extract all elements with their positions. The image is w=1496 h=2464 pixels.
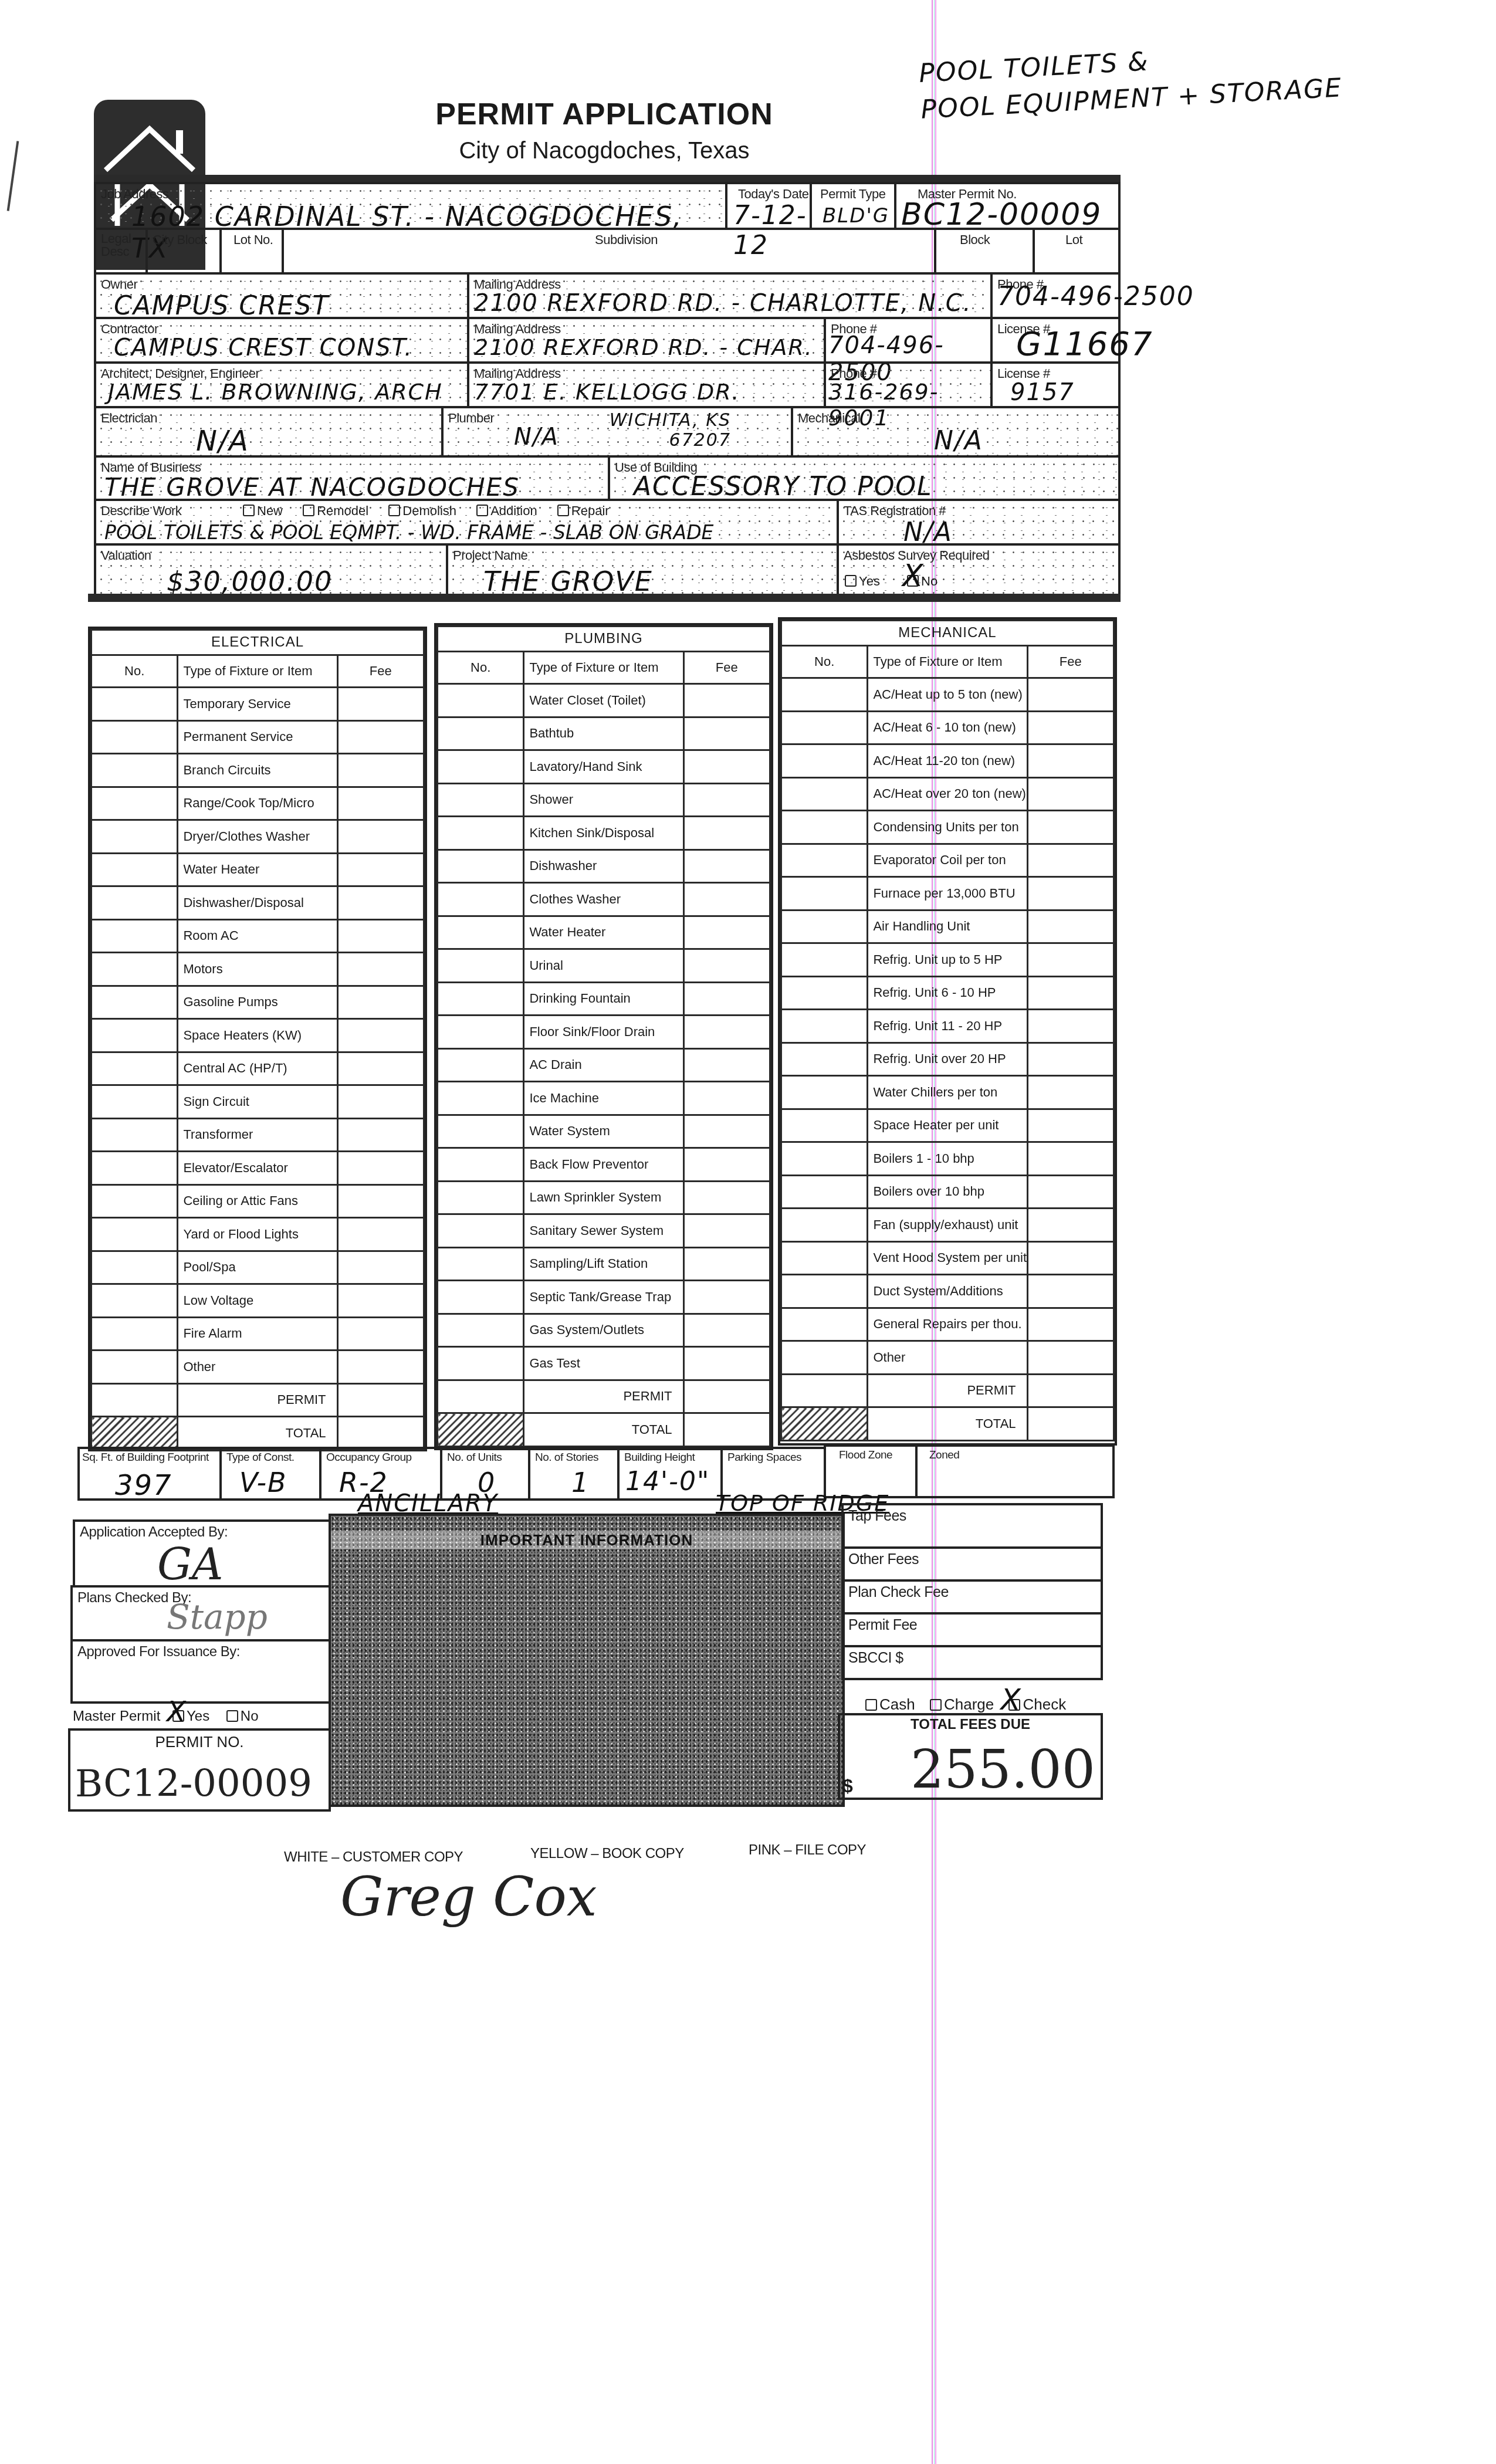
item-label: Permanent Service bbox=[178, 720, 337, 754]
work-option-demolish[interactable]: Demolish bbox=[388, 503, 456, 518]
fee-cell[interactable] bbox=[337, 1118, 424, 1152]
table-row: Dishwasher bbox=[438, 849, 770, 883]
checkbox-addition[interactable] bbox=[476, 505, 488, 516]
fee-cell[interactable] bbox=[337, 754, 424, 787]
checkbox-remodel[interactable] bbox=[303, 505, 314, 516]
no-cell[interactable] bbox=[438, 1281, 524, 1314]
fee-cell[interactable] bbox=[337, 1317, 424, 1351]
pay-cash-option[interactable]: Cash bbox=[865, 1695, 915, 1713]
total-fee-cell[interactable] bbox=[683, 1413, 770, 1447]
tap-fees-field[interactable]: Tap Fees bbox=[841, 1503, 1103, 1549]
checkbox-master-no[interactable] bbox=[226, 1710, 238, 1722]
col-fee-header: Fee bbox=[337, 655, 424, 688]
work-option-new[interactable]: New bbox=[243, 503, 283, 518]
fee-cell[interactable] bbox=[337, 986, 424, 1019]
fee-cell[interactable] bbox=[337, 1085, 424, 1119]
fee-cell[interactable] bbox=[683, 1082, 770, 1115]
table-row: AC/Heat up to 5 ton (new) bbox=[781, 678, 1114, 712]
no-cell[interactable] bbox=[781, 1043, 868, 1076]
item-label: Water Heater bbox=[524, 916, 683, 949]
fee-cell[interactable] bbox=[1027, 1275, 1113, 1308]
item-label: Sign Circuit bbox=[178, 1085, 337, 1119]
no-cell[interactable] bbox=[92, 720, 178, 754]
checkbox-asbestos-yes[interactable] bbox=[845, 575, 857, 587]
fee-cell[interactable] bbox=[1027, 910, 1113, 943]
architect-phone-field[interactable]: Phone # 316-269-9001 bbox=[824, 361, 993, 408]
application-accepted-field[interactable]: Application Accepted By: GA bbox=[73, 1519, 331, 1588]
building-height-field[interactable]: Building Height 14'-0" bbox=[617, 1447, 723, 1501]
contractor-field[interactable]: Contractor CAMPUS CREST CONST. bbox=[94, 317, 469, 364]
no-cell[interactable] bbox=[92, 919, 178, 953]
work-option-repair[interactable]: Repair bbox=[557, 503, 610, 518]
no-cell[interactable] bbox=[92, 1052, 178, 1085]
table-row: Other bbox=[92, 1351, 424, 1384]
fee-cell[interactable] bbox=[1027, 1142, 1113, 1176]
approved-issuance-field[interactable]: Approved For Issuance By: bbox=[70, 1639, 331, 1704]
fee-cell[interactable] bbox=[683, 849, 770, 883]
no-cell[interactable] bbox=[781, 744, 868, 778]
yellow-copy-label: YELLOW – BOOK COPY bbox=[530, 1846, 684, 1862]
no-cell[interactable] bbox=[92, 1317, 178, 1351]
table-row: Kitchen Sink/Disposal bbox=[438, 817, 770, 850]
no-cell[interactable] bbox=[438, 1148, 524, 1182]
fee-cell[interactable] bbox=[1027, 1010, 1113, 1043]
table-row: Evaporator Coil per ton bbox=[781, 844, 1114, 877]
valuation-field[interactable]: Valuation $30,000.00 bbox=[94, 543, 448, 597]
table-row: Pool/Spa bbox=[92, 1251, 424, 1284]
fee-cell[interactable] bbox=[1027, 1175, 1113, 1209]
table-row: Room AC bbox=[92, 919, 424, 953]
table-row: Branch Circuits bbox=[92, 754, 424, 787]
contractor-mailing-field[interactable]: Mailing Address 2100 REXFORD RD. - CHAR. bbox=[467, 317, 826, 364]
business-name-field[interactable]: Name of Business THE GROVE AT NACOGDOCHE… bbox=[94, 455, 610, 501]
architect-mailing-field[interactable]: Mailing Address 7701 E. KELLOGG DR. bbox=[467, 361, 826, 408]
architect-field[interactable]: Architect, Designer, Engineer JAMES L. B… bbox=[94, 361, 469, 408]
no-cell[interactable] bbox=[781, 877, 868, 911]
check-mark-x: X bbox=[902, 559, 925, 594]
no-cell[interactable] bbox=[92, 1251, 178, 1284]
fee-cell[interactable] bbox=[683, 1115, 770, 1148]
table-row: Boilers over 10 bhp bbox=[781, 1175, 1114, 1209]
fee-cell[interactable] bbox=[337, 688, 424, 721]
total-fee-cell[interactable] bbox=[337, 1417, 424, 1450]
table-row: Permanent Service bbox=[92, 720, 424, 754]
table-row: Refrig. Unit over 20 HP bbox=[781, 1043, 1114, 1076]
checkbox-cash[interactable] bbox=[865, 1699, 877, 1711]
fee-cell[interactable] bbox=[1027, 1341, 1113, 1375]
zoned-field[interactable]: Zoned bbox=[915, 1444, 1115, 1498]
asbestos-yes-option[interactable]: Yes bbox=[845, 574, 880, 588]
item-label: Dryer/Clothes Washer bbox=[178, 820, 337, 854]
plans-checked-field[interactable]: Plans Checked By: Stapp bbox=[70, 1585, 331, 1641]
item-label: Water System bbox=[524, 1115, 683, 1148]
no-cell[interactable] bbox=[92, 1284, 178, 1318]
col-fee-header: Fee bbox=[683, 652, 770, 684]
no-cell[interactable] bbox=[92, 1085, 178, 1119]
no-cell[interactable] bbox=[438, 949, 524, 983]
page-subtitle: City of Nacogdoches, Texas bbox=[364, 138, 845, 164]
fee-cell[interactable] bbox=[337, 720, 424, 754]
table-row: Motors bbox=[92, 953, 424, 986]
fee-cell[interactable] bbox=[1027, 1308, 1113, 1341]
item-label: Refrig. Unit up to 5 HP bbox=[868, 943, 1027, 977]
fee-cell[interactable] bbox=[337, 1351, 424, 1384]
no-cell[interactable] bbox=[438, 717, 524, 750]
table-row: Transformer bbox=[92, 1118, 424, 1152]
fee-cell[interactable] bbox=[683, 916, 770, 949]
table-row: Water Heater bbox=[438, 916, 770, 949]
no-cell[interactable] bbox=[438, 1115, 524, 1148]
work-options: New Remodel Demolish Addition Repair bbox=[243, 503, 610, 519]
item-label: Dishwasher/Disposal bbox=[178, 886, 337, 920]
owner-field[interactable]: Owner CAMPUS CREST bbox=[94, 272, 469, 319]
no-cell[interactable] bbox=[438, 1347, 524, 1380]
permit-number-field[interactable]: PERMIT NO. BC12-00009 bbox=[68, 1728, 331, 1812]
item-label: Bathtub bbox=[524, 717, 683, 750]
table-row: AC/Heat 6 - 10 ton (new) bbox=[781, 711, 1114, 744]
item-label: Space Heater per unit bbox=[868, 1109, 1027, 1142]
no-cell[interactable] bbox=[781, 1175, 868, 1209]
fee-cell[interactable] bbox=[683, 949, 770, 983]
lot-field[interactable]: Lot bbox=[1033, 228, 1121, 275]
city-block-field[interactable]: City Block bbox=[145, 228, 222, 275]
table-row: Back Flow Preventor bbox=[438, 1148, 770, 1182]
no-cell[interactable] bbox=[92, 953, 178, 986]
table-row: Lawn Sprinkler System bbox=[438, 1181, 770, 1214]
master-permit-no-option[interactable]: No bbox=[226, 1708, 259, 1724]
no-cell[interactable] bbox=[92, 688, 178, 721]
fee-cell[interactable] bbox=[683, 1281, 770, 1314]
table-row: Refrig. Unit up to 5 HP bbox=[781, 943, 1114, 977]
no-cell[interactable] bbox=[438, 883, 524, 916]
no-cell[interactable] bbox=[781, 711, 868, 744]
legal-desc-field[interactable]: Legal Desc bbox=[94, 228, 148, 275]
pay-charge-option[interactable]: Charge bbox=[930, 1695, 994, 1713]
no-cell[interactable] bbox=[781, 910, 868, 943]
item-label: Space Heaters (KW) bbox=[178, 1019, 337, 1052]
plan-check-fee-field[interactable]: Plan Check Fee bbox=[841, 1579, 1103, 1615]
fee-cell[interactable] bbox=[683, 783, 770, 817]
describe-work-field[interactable]: Describe Work New Remodel Demolish Addit… bbox=[94, 499, 839, 546]
no-cell[interactable] bbox=[781, 844, 868, 877]
item-label: Septic Tank/Grease Trap bbox=[524, 1281, 683, 1314]
col-no-header: No. bbox=[781, 646, 868, 678]
no-cell[interactable] bbox=[92, 1118, 178, 1152]
sbcci-fee-field[interactable]: SBCCI $ bbox=[841, 1645, 1103, 1680]
no-cell[interactable] bbox=[781, 1308, 868, 1341]
no-cell[interactable] bbox=[438, 1314, 524, 1347]
no-cell[interactable] bbox=[92, 1152, 178, 1185]
table-row: Ice Machine bbox=[438, 1082, 770, 1115]
col-type-header: Type of Fixture or Item bbox=[178, 655, 337, 688]
pay-check-option[interactable]: Check X bbox=[1008, 1695, 1066, 1713]
tas-registration-field[interactable]: TAS Registration # N/A bbox=[837, 499, 1121, 546]
fee-cell[interactable] bbox=[1027, 744, 1113, 778]
section-bar bbox=[88, 594, 1121, 602]
no-cell[interactable] bbox=[781, 1241, 868, 1275]
table-row: Yard or Flood Lights bbox=[92, 1218, 424, 1251]
item-label: Range/Cook Top/Micro bbox=[178, 787, 337, 820]
fee-cell[interactable] bbox=[337, 953, 424, 986]
stories-field[interactable]: No. of Stories 1 bbox=[528, 1447, 620, 1501]
table-header-row: No.Type of Fixture or ItemFee bbox=[92, 655, 424, 688]
sqft-field[interactable]: Sq. Ft. of Building Footprint 397 bbox=[77, 1447, 222, 1501]
table-row: Gasoline Pumps bbox=[92, 986, 424, 1019]
fee-cell[interactable] bbox=[683, 1314, 770, 1347]
table-row: Water Closet (Toilet) bbox=[438, 684, 770, 717]
asbestos-no-option[interactable]: No X bbox=[907, 574, 937, 588]
fee-cell[interactable] bbox=[1027, 844, 1113, 877]
table-row: Clothes Washer bbox=[438, 883, 770, 916]
fee-cell[interactable] bbox=[683, 684, 770, 717]
fee-cell[interactable] bbox=[683, 1247, 770, 1281]
table-row: Fire Alarm bbox=[92, 1317, 424, 1351]
fee-cell[interactable] bbox=[683, 717, 770, 750]
plumbing-section-title: PLUMBING bbox=[438, 627, 770, 652]
no-cell[interactable] bbox=[781, 1076, 868, 1109]
work-option-remodel[interactable]: Remodel bbox=[303, 503, 368, 518]
no-cell[interactable] bbox=[438, 1247, 524, 1281]
no-cell[interactable] bbox=[781, 1275, 868, 1308]
no-cell[interactable] bbox=[92, 1184, 178, 1218]
fee-cell[interactable] bbox=[1027, 943, 1113, 977]
block-field[interactable]: Block bbox=[934, 228, 1035, 275]
no-cell[interactable] bbox=[438, 916, 524, 949]
table-row: Urinal bbox=[438, 949, 770, 983]
permit-row: PERMIT bbox=[92, 1383, 424, 1417]
subdivision-field[interactable]: Subdivision bbox=[282, 228, 936, 275]
no-cell[interactable] bbox=[781, 1374, 868, 1407]
table-row: Sign Circuit bbox=[92, 1085, 424, 1119]
no-cell[interactable] bbox=[781, 777, 868, 811]
work-option-addition[interactable]: Addition bbox=[476, 503, 537, 518]
no-cell[interactable] bbox=[92, 1383, 178, 1417]
no-cell[interactable] bbox=[438, 783, 524, 817]
mechanical-section-title: MECHANICAL bbox=[781, 621, 1114, 646]
item-label: AC/Heat 11-20 ton (new) bbox=[868, 744, 1027, 778]
master-permit-yes-option[interactable]: Yes X bbox=[172, 1708, 214, 1724]
no-cell[interactable] bbox=[438, 684, 524, 717]
no-cell[interactable] bbox=[92, 787, 178, 820]
no-cell[interactable] bbox=[438, 817, 524, 850]
no-cell[interactable] bbox=[438, 1380, 524, 1413]
checkbox-repair[interactable] bbox=[557, 505, 569, 516]
checkbox-charge[interactable] bbox=[930, 1699, 942, 1711]
fee-cell[interactable] bbox=[683, 1016, 770, 1049]
total-fee-cell[interactable] bbox=[1027, 1407, 1113, 1441]
item-label: AC/Heat over 20 ton (new) bbox=[868, 777, 1027, 811]
col-type-header: Type of Fixture or Item bbox=[868, 646, 1027, 678]
contractor-phone-field[interactable]: Phone # 704-496-2500 bbox=[824, 317, 993, 364]
hatched-cell bbox=[438, 1413, 524, 1447]
permit-type-field[interactable]: Permit Type BLD'G bbox=[810, 182, 896, 230]
fee-cell[interactable] bbox=[337, 1184, 424, 1218]
no-cell[interactable] bbox=[781, 1142, 868, 1176]
margin-mark bbox=[7, 141, 19, 211]
fee-cell[interactable] bbox=[683, 883, 770, 916]
table-row: Sampling/Lift Station bbox=[438, 1247, 770, 1281]
no-cell[interactable] bbox=[781, 1010, 868, 1043]
table-row: Refrig. Unit 11 - 20 HP bbox=[781, 1010, 1114, 1043]
table-row: Water Heater bbox=[92, 853, 424, 886]
electrician-field[interactable]: Electrician N/A bbox=[94, 406, 444, 458]
table-row: Bathtub bbox=[438, 717, 770, 750]
mechanical-field[interactable]: Mechanical N/A bbox=[791, 406, 1121, 458]
table-header-row: No.Type of Fixture or ItemFee bbox=[438, 652, 770, 684]
no-cell[interactable] bbox=[781, 1341, 868, 1375]
checkbox-demolish[interactable] bbox=[388, 505, 400, 516]
no-cell[interactable] bbox=[781, 1209, 868, 1242]
item-label: Elevator/Escalator bbox=[178, 1152, 337, 1185]
fee-cell[interactable] bbox=[337, 1251, 424, 1284]
total-row: TOTAL bbox=[438, 1413, 770, 1447]
fee-cell[interactable] bbox=[683, 1214, 770, 1248]
no-cell[interactable] bbox=[781, 1109, 868, 1142]
fee-cell[interactable] bbox=[683, 1048, 770, 1082]
owner-mailing-field[interactable]: Mailing Address 2100 REXFORD RD. - CHARL… bbox=[467, 272, 993, 319]
no-cell[interactable] bbox=[438, 1181, 524, 1214]
item-label: Shower bbox=[524, 783, 683, 817]
item-label: Boilers over 10 bhp bbox=[868, 1175, 1027, 1209]
use-of-building-field[interactable]: Use of Building ACCESSORY TO POOL bbox=[608, 455, 1121, 501]
total-fees-due-field[interactable]: TOTAL FEES DUE $ 255.00 bbox=[838, 1713, 1103, 1800]
fee-cell[interactable] bbox=[337, 853, 424, 886]
permit-fee-cell[interactable] bbox=[337, 1383, 424, 1417]
fee-cell[interactable] bbox=[1027, 777, 1113, 811]
project-name-field[interactable]: Project Name THE GROVE bbox=[446, 543, 839, 597]
table-row: AC/Heat 11-20 ton (new) bbox=[781, 744, 1114, 778]
no-cell[interactable] bbox=[92, 1019, 178, 1052]
no-cell[interactable] bbox=[438, 1048, 524, 1082]
fee-cell[interactable] bbox=[1027, 711, 1113, 744]
fee-cell[interactable] bbox=[683, 982, 770, 1016]
important-information-box: IMPORTANT INFORMATION bbox=[329, 1514, 845, 1807]
item-label: Gas System/Outlets bbox=[524, 1314, 683, 1347]
no-cell[interactable] bbox=[438, 1082, 524, 1115]
permit-fee-cell[interactable] bbox=[1027, 1374, 1113, 1407]
fee-cell[interactable] bbox=[1027, 678, 1113, 712]
item-label: Lavatory/Hand Sink bbox=[524, 750, 683, 784]
item-label: AC/Heat up to 5 ton (new) bbox=[868, 678, 1027, 712]
fee-cell[interactable] bbox=[337, 1052, 424, 1085]
payment-method-row: Cash Charge Check X bbox=[865, 1695, 1066, 1714]
table-row: Air Handling Unit bbox=[781, 910, 1114, 943]
permit-fee-cell[interactable] bbox=[683, 1380, 770, 1413]
item-label: Sanitary Sewer System bbox=[524, 1214, 683, 1248]
fee-cell[interactable] bbox=[337, 1152, 424, 1185]
fee-cell[interactable] bbox=[1027, 1043, 1113, 1076]
no-cell[interactable] bbox=[92, 754, 178, 787]
table-row: Floor Sink/Floor Drain bbox=[438, 1016, 770, 1049]
item-label: Condensing Units per ton bbox=[868, 811, 1027, 844]
no-cell[interactable] bbox=[781, 976, 868, 1010]
item-label: Gas Test bbox=[524, 1347, 683, 1380]
todays-date-field[interactable]: Today's Date 7-12-12 bbox=[725, 182, 812, 230]
item-label: Motors bbox=[178, 953, 337, 986]
permit-label: PERMIT bbox=[868, 1374, 1027, 1407]
table-row: Water Chillers per ton bbox=[781, 1076, 1114, 1109]
fee-cell[interactable] bbox=[337, 1284, 424, 1318]
construction-type-field[interactable]: Type of Const. V-B bbox=[219, 1447, 321, 1501]
master-permit-field[interactable]: Master Permit No. BC12-00009 bbox=[894, 182, 1121, 230]
checkbox-new[interactable] bbox=[243, 505, 255, 516]
asbestos-field[interactable]: Asbestos Survey Required Yes No X bbox=[837, 543, 1121, 597]
fee-cell[interactable] bbox=[683, 1148, 770, 1182]
item-label: AC Drain bbox=[524, 1048, 683, 1082]
no-cell[interactable] bbox=[438, 1016, 524, 1049]
fee-cell[interactable] bbox=[1027, 1109, 1113, 1142]
no-cell[interactable] bbox=[781, 943, 868, 977]
fee-cell[interactable] bbox=[1027, 1076, 1113, 1109]
plumbing-table: PLUMBINGNo.Type of Fixture or ItemFeeWat… bbox=[434, 623, 773, 1450]
permit-fee-field[interactable]: Permit Fee bbox=[841, 1612, 1103, 1647]
no-cell[interactable] bbox=[438, 1214, 524, 1248]
mechanical-table: MECHANICALNo.Type of Fixture or ItemFeeA… bbox=[778, 617, 1117, 1446]
table-row: Drinking Fountain bbox=[438, 982, 770, 1016]
fee-cell[interactable] bbox=[337, 886, 424, 920]
item-label: Fire Alarm bbox=[178, 1317, 337, 1351]
item-label: Fan (supply/exhaust) unit bbox=[868, 1209, 1027, 1242]
item-label: Water Heater bbox=[178, 853, 337, 886]
table-row: Gas System/Outlets bbox=[438, 1314, 770, 1347]
table-row: Dishwasher/Disposal bbox=[92, 886, 424, 920]
col-no-header: No. bbox=[438, 652, 524, 684]
no-cell[interactable] bbox=[92, 986, 178, 1019]
fee-cell[interactable] bbox=[683, 1347, 770, 1380]
table-row: Elevator/Escalator bbox=[92, 1152, 424, 1185]
plumber-field[interactable]: Plumber N/A WICHITA, KS 67207 bbox=[441, 406, 793, 458]
page-title: PERMIT APPLICATION bbox=[364, 97, 845, 132]
fee-cell[interactable] bbox=[337, 1019, 424, 1052]
no-cell[interactable] bbox=[438, 750, 524, 784]
job-address-field[interactable]: Job Address 1602 CARDINAL ST. - NACOGDOC… bbox=[94, 182, 727, 230]
handwritten-note: POOL TOILETS & POOL EQUIPMENT + STORAGE bbox=[918, 33, 1343, 128]
no-cell[interactable] bbox=[781, 678, 868, 712]
fee-cell[interactable] bbox=[1027, 976, 1113, 1010]
fee-cell[interactable] bbox=[683, 1181, 770, 1214]
item-label: Central AC (HP/T) bbox=[178, 1052, 337, 1085]
no-cell[interactable] bbox=[92, 1351, 178, 1384]
fee-cell[interactable] bbox=[337, 820, 424, 854]
no-cell[interactable] bbox=[92, 886, 178, 920]
item-label: Temporary Service bbox=[178, 688, 337, 721]
lot-no-field[interactable]: Lot No. bbox=[219, 228, 284, 275]
architect-license-field[interactable]: License # 9157 bbox=[990, 361, 1121, 408]
other-fees-field[interactable]: Other Fees bbox=[841, 1546, 1103, 1582]
fee-cell[interactable] bbox=[1027, 811, 1113, 844]
no-cell[interactable] bbox=[92, 820, 178, 854]
hatched-cell bbox=[781, 1407, 868, 1441]
fee-cell[interactable] bbox=[1027, 877, 1113, 911]
fee-cell[interactable] bbox=[683, 817, 770, 850]
no-cell[interactable] bbox=[92, 1218, 178, 1251]
fee-cell[interactable] bbox=[337, 919, 424, 953]
fee-cell[interactable] bbox=[683, 750, 770, 784]
pink-copy-label: PINK – FILE COPY bbox=[749, 1842, 866, 1859]
master-permit-row: Master Permit Yes X No bbox=[73, 1708, 259, 1725]
fee-cell[interactable] bbox=[337, 787, 424, 820]
item-label: Floor Sink/Floor Drain bbox=[524, 1016, 683, 1049]
no-cell[interactable] bbox=[92, 853, 178, 886]
no-cell[interactable] bbox=[781, 811, 868, 844]
col-type-header: Type of Fixture or Item bbox=[524, 652, 683, 684]
no-cell[interactable] bbox=[438, 982, 524, 1016]
fee-cell[interactable] bbox=[1027, 1209, 1113, 1242]
fee-cell[interactable] bbox=[1027, 1241, 1113, 1275]
fee-cell[interactable] bbox=[337, 1218, 424, 1251]
no-cell[interactable] bbox=[438, 849, 524, 883]
contractor-license-field[interactable]: License # G11667 bbox=[990, 317, 1121, 364]
